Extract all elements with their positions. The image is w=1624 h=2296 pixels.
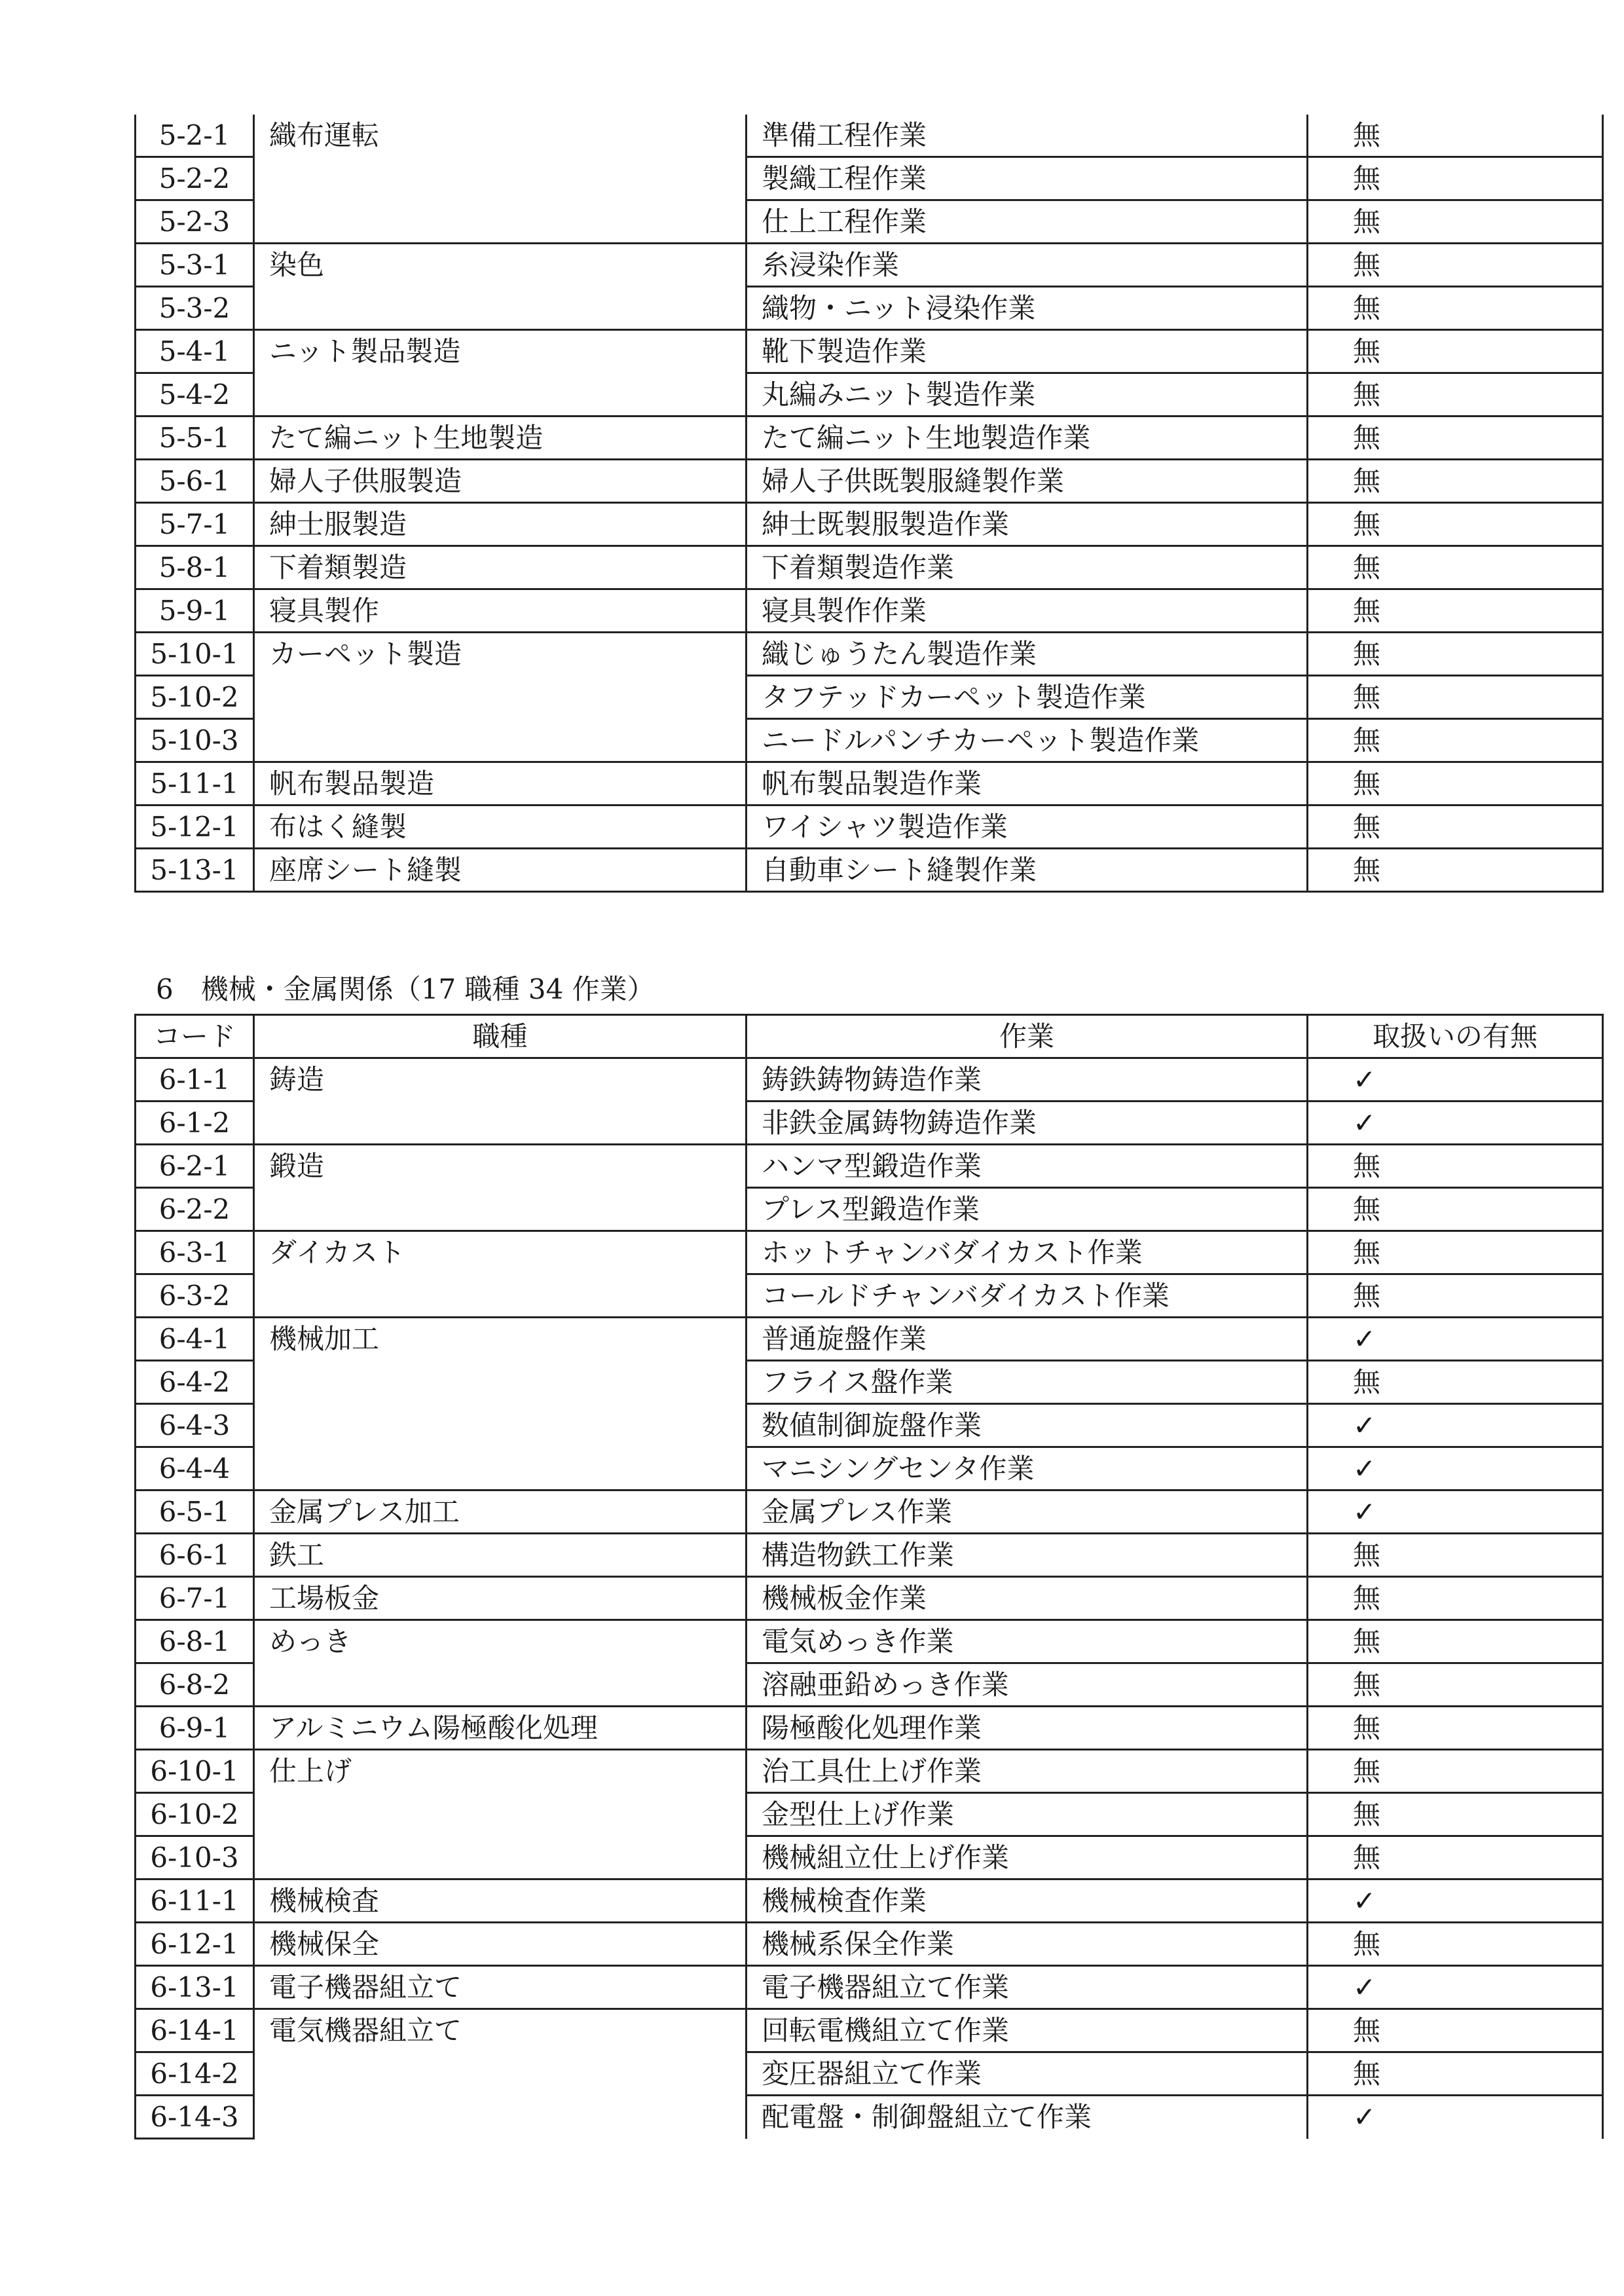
code-cell: 5-4-1 xyxy=(136,330,254,373)
job-type-cell xyxy=(254,287,747,330)
header-handling-flag: 取扱いの有無 xyxy=(1308,1015,1603,1058)
job-type-cell xyxy=(254,2096,747,2139)
code-cell: 6-9-1 xyxy=(136,1707,254,1750)
code-cell: 6-11-1 xyxy=(136,1879,254,1923)
handling-flag-cell: 無 xyxy=(1308,762,1603,805)
job-type-cell: 帆布製品製造 xyxy=(254,762,747,805)
table-row: 6-2-1鍛造ハンマ型鍛造作業無 xyxy=(136,1145,1603,1188)
task-cell: 変圧器組立て作業 xyxy=(747,2052,1308,2096)
code-cell: 5-3-2 xyxy=(136,287,254,330)
handling-flag-cell: 無 xyxy=(1308,1620,1603,1663)
job-type-cell: 紳士服製造 xyxy=(254,503,747,546)
table-row: 6-10-2金型仕上げ作業無 xyxy=(136,1793,1603,1836)
handling-flag-cell: 無 xyxy=(1308,417,1603,460)
job-type-cell: 機械保全 xyxy=(254,1923,747,1966)
code-cell: 6-14-1 xyxy=(136,2009,254,2052)
checkmark-icon: ✓ xyxy=(1308,2096,1603,2139)
table-row: 5-3-1染色糸浸染作業無 xyxy=(136,244,1603,287)
code-cell: 6-5-1 xyxy=(136,1491,254,1534)
handling-flag-cell: 無 xyxy=(1308,546,1603,589)
job-type-cell xyxy=(254,1793,747,1836)
task-cell: 丸編みニット製造作業 xyxy=(747,373,1308,417)
table-row: 6-10-3機械組立仕上げ作業無 xyxy=(136,1836,1603,1879)
handling-flag-cell: 無 xyxy=(1308,115,1603,157)
table-row: 6-14-3配電盤・制御盤組立て作業✓ xyxy=(136,2096,1603,2139)
code-cell: 5-2-3 xyxy=(136,200,254,244)
handling-flag-cell: 無 xyxy=(1308,1836,1603,1879)
code-cell: 5-6-1 xyxy=(136,460,254,503)
job-type-cell: 婦人子供服製造 xyxy=(254,460,747,503)
job-type-cell: 寝具製作 xyxy=(254,589,747,633)
header-job-type: 職種 xyxy=(254,1015,747,1058)
task-cell: ワイシャツ製造作業 xyxy=(747,805,1308,849)
job-type-cell xyxy=(254,1188,747,1231)
code-cell: 6-8-2 xyxy=(136,1663,254,1707)
checkmark-icon: ✓ xyxy=(1308,1879,1603,1923)
code-cell: 6-13-1 xyxy=(136,1966,254,2009)
handling-flag-cell: 無 xyxy=(1308,200,1603,244)
machinery-metal-trades-table: コード 職種 作業 取扱いの有無 6-1-1鋳造鋳鉄鋳物鋳造作業✓6-1-2非鉄… xyxy=(134,1014,1604,2139)
table-row: 6-1-2非鉄金属鋳物鋳造作業✓ xyxy=(136,1102,1603,1145)
task-cell: 陽極酸化処理作業 xyxy=(747,1707,1308,1750)
table-row: 5-7-1紳士服製造紳士既製服製造作業無 xyxy=(136,503,1603,546)
code-cell: 5-2-2 xyxy=(136,157,254,200)
job-type-cell: 座席シート縫製 xyxy=(254,849,747,892)
job-type-cell: 仕上げ xyxy=(254,1750,747,1793)
handling-flag-cell: 無 xyxy=(1308,1534,1603,1577)
table-row: 6-2-2プレス型鍛造作業無 xyxy=(136,1188,1603,1231)
handling-flag-cell: 無 xyxy=(1308,460,1603,503)
job-type-cell xyxy=(254,1447,747,1491)
task-cell: 普通旋盤作業 xyxy=(747,1318,1308,1361)
table-row: 5-4-2丸編みニット製造作業無 xyxy=(136,373,1603,417)
job-type-cell: 工場板金 xyxy=(254,1577,747,1620)
table-row: 6-7-1工場板金機械板金作業無 xyxy=(136,1577,1603,1620)
code-cell: 6-1-1 xyxy=(136,1058,254,1102)
table-row: 5-4-1ニット製品製造靴下製造作業無 xyxy=(136,330,1603,373)
task-cell: 下着類製造作業 xyxy=(747,546,1308,589)
table-row: 6-3-1ダイカストホットチャンバダイカスト作業無 xyxy=(136,1231,1603,1274)
code-cell: 6-4-3 xyxy=(136,1404,254,1447)
handling-flag-cell: 無 xyxy=(1308,1663,1603,1707)
task-cell: 構造物鉄工作業 xyxy=(747,1534,1308,1577)
job-type-cell xyxy=(254,373,747,417)
task-cell: 糸浸染作業 xyxy=(747,244,1308,287)
task-cell: 準備工程作業 xyxy=(747,115,1308,157)
code-cell: 6-10-2 xyxy=(136,1793,254,1836)
handling-flag-cell: 無 xyxy=(1308,373,1603,417)
handling-flag-cell: 無 xyxy=(1308,1923,1603,1966)
job-type-cell: ニット製品製造 xyxy=(254,330,747,373)
section-heading: 6 機械・金属関係（17 職種 34 作業） xyxy=(156,968,655,1007)
table-row: 5-13-1座席シート縫製自動車シート縫製作業無 xyxy=(136,849,1603,892)
code-cell: 5-9-1 xyxy=(136,589,254,633)
job-type-cell xyxy=(254,1836,747,1879)
task-cell: ハンマ型鍛造作業 xyxy=(747,1145,1308,1188)
code-cell: 6-1-2 xyxy=(136,1102,254,1145)
code-cell: 6-2-2 xyxy=(136,1188,254,1231)
table-row: 5-2-3仕上工程作業無 xyxy=(136,200,1603,244)
handling-flag-cell: 無 xyxy=(1308,849,1603,892)
job-type-cell: アルミニウム陽極酸化処理 xyxy=(254,1707,747,1750)
code-cell: 5-12-1 xyxy=(136,805,254,849)
job-type-cell xyxy=(254,200,747,244)
job-type-cell: 鉄工 xyxy=(254,1534,747,1577)
handling-flag-cell: 無 xyxy=(1308,1793,1603,1836)
task-cell: 織じゅうたん製造作業 xyxy=(747,633,1308,676)
handling-flag-cell: 無 xyxy=(1308,1707,1603,1750)
handling-flag-cell: 無 xyxy=(1308,719,1603,762)
table-row: 5-10-2タフテッドカーペット製造作業無 xyxy=(136,676,1603,719)
task-cell: 帆布製品製造作業 xyxy=(747,762,1308,805)
handling-flag-cell: 無 xyxy=(1308,330,1603,373)
table-row: 6-4-2フライス盤作業無 xyxy=(136,1361,1603,1404)
job-type-cell: 鍛造 xyxy=(254,1145,747,1188)
job-type-cell: 染色 xyxy=(254,244,747,287)
checkmark-icon: ✓ xyxy=(1308,1058,1603,1102)
task-cell: コールドチャンバダイカスト作業 xyxy=(747,1274,1308,1318)
task-cell: 配電盤・制御盤組立て作業 xyxy=(747,2096,1308,2139)
code-cell: 6-3-1 xyxy=(136,1231,254,1274)
task-cell: 電気めっき作業 xyxy=(747,1620,1308,1663)
table-row: 5-5-1たて編ニット生地製造たて編ニット生地製造作業無 xyxy=(136,417,1603,460)
task-cell: 溶融亜鉛めっき作業 xyxy=(747,1663,1308,1707)
table-row: 5-6-1婦人子供服製造婦人子供既製服縫製作業無 xyxy=(136,460,1603,503)
job-type-cell xyxy=(254,1404,747,1447)
task-cell: 治工具仕上げ作業 xyxy=(747,1750,1308,1793)
table-row: 5-2-1織布運転準備工程作業無 xyxy=(136,115,1603,157)
task-cell: ホットチャンバダイカスト作業 xyxy=(747,1231,1308,1274)
code-cell: 6-7-1 xyxy=(136,1577,254,1620)
checkmark-icon: ✓ xyxy=(1308,1102,1603,1145)
job-type-cell: 機械加工 xyxy=(254,1318,747,1361)
table-row: 5-10-1カーペット製造織じゅうたん製造作業無 xyxy=(136,633,1603,676)
handling-flag-cell: 無 xyxy=(1308,287,1603,330)
table-row: 5-10-3ニードルパンチカーペット製造作業無 xyxy=(136,719,1603,762)
job-type-cell: 織布運転 xyxy=(254,115,747,157)
table-row: 6-8-2溶融亜鉛めっき作業無 xyxy=(136,1663,1603,1707)
task-cell: 非鉄金属鋳物鋳造作業 xyxy=(747,1102,1308,1145)
handling-flag-cell: 無 xyxy=(1308,2009,1603,2052)
table-row: 5-12-1布はく縫製ワイシャツ製造作業無 xyxy=(136,805,1603,849)
code-cell: 5-10-2 xyxy=(136,676,254,719)
task-cell: 機械板金作業 xyxy=(747,1577,1308,1620)
handling-flag-cell: 無 xyxy=(1308,676,1603,719)
task-cell: フライス盤作業 xyxy=(747,1361,1308,1404)
job-type-cell xyxy=(254,157,747,200)
code-cell: 6-14-3 xyxy=(136,2096,254,2139)
task-cell: 機械系保全作業 xyxy=(747,1923,1308,1966)
table-row: 6-4-1機械加工普通旋盤作業✓ xyxy=(136,1318,1603,1361)
task-cell: 回転電機組立て作業 xyxy=(747,2009,1308,2052)
code-cell: 6-4-2 xyxy=(136,1361,254,1404)
job-type-cell: 鋳造 xyxy=(254,1058,747,1102)
job-type-cell: 下着類製造 xyxy=(254,546,747,589)
task-cell: ニードルパンチカーペット製造作業 xyxy=(747,719,1308,762)
job-type-cell xyxy=(254,1361,747,1404)
table-row: 6-6-1鉄工構造物鉄工作業無 xyxy=(136,1534,1603,1577)
task-cell: たて編ニット生地製造作業 xyxy=(747,417,1308,460)
checkmark-icon: ✓ xyxy=(1308,1404,1603,1447)
job-type-cell: ダイカスト xyxy=(254,1231,747,1274)
table-row: 6-4-4マニシングセンタ作業✓ xyxy=(136,1447,1603,1491)
code-cell: 5-11-1 xyxy=(136,762,254,805)
handling-flag-cell: 無 xyxy=(1308,503,1603,546)
task-cell: 自動車シート縫製作業 xyxy=(747,849,1308,892)
code-cell: 6-2-1 xyxy=(136,1145,254,1188)
table-row: 6-13-1電子機器組立て電子機器組立て作業✓ xyxy=(136,1966,1603,2009)
task-cell: 織物・ニット浸染作業 xyxy=(747,287,1308,330)
code-cell: 6-14-2 xyxy=(136,2052,254,2096)
handling-flag-cell: 無 xyxy=(1308,589,1603,633)
table-row: 6-11-1機械検査機械検査作業✓ xyxy=(136,1879,1603,1923)
code-cell: 5-10-1 xyxy=(136,633,254,676)
job-type-cell: たて編ニット生地製造 xyxy=(254,417,747,460)
code-cell: 6-12-1 xyxy=(136,1923,254,1966)
job-type-cell xyxy=(254,1663,747,1707)
handling-flag-cell: 無 xyxy=(1308,633,1603,676)
job-type-cell: 電気機器組立て xyxy=(254,2009,747,2052)
handling-flag-cell: 無 xyxy=(1308,1274,1603,1318)
handling-flag-cell: 無 xyxy=(1308,1231,1603,1274)
textile-trades-table: 5-2-1織布運転準備工程作業無5-2-2製織工程作業無5-2-3仕上工程作業無… xyxy=(134,115,1604,893)
checkmark-icon: ✓ xyxy=(1308,1491,1603,1534)
table-row: 6-14-2変圧器組立て作業無 xyxy=(136,2052,1603,2096)
task-cell: プレス型鍛造作業 xyxy=(747,1188,1308,1231)
handling-flag-cell: 無 xyxy=(1308,805,1603,849)
code-cell: 6-6-1 xyxy=(136,1534,254,1577)
table-row: 6-5-1金属プレス加工金属プレス作業✓ xyxy=(136,1491,1603,1534)
task-cell: 電子機器組立て作業 xyxy=(747,1966,1308,2009)
handling-flag-cell: 無 xyxy=(1308,1750,1603,1793)
job-type-cell: 金属プレス加工 xyxy=(254,1491,747,1534)
task-cell: 数値制御旋盤作業 xyxy=(747,1404,1308,1447)
table-row: 6-10-1仕上げ治工具仕上げ作業無 xyxy=(136,1750,1603,1793)
handling-flag-cell: 無 xyxy=(1308,1361,1603,1404)
code-cell: 5-10-3 xyxy=(136,719,254,762)
job-type-cell xyxy=(254,1274,747,1318)
checkmark-icon: ✓ xyxy=(1308,1318,1603,1361)
handling-flag-cell: 無 xyxy=(1308,1145,1603,1188)
checkmark-icon: ✓ xyxy=(1308,1966,1603,2009)
task-cell: 鋳鉄鋳物鋳造作業 xyxy=(747,1058,1308,1102)
task-cell: 仕上工程作業 xyxy=(747,200,1308,244)
job-type-cell: カーペット製造 xyxy=(254,633,747,676)
code-cell: 6-10-3 xyxy=(136,1836,254,1879)
textile-trades-body: 5-2-1織布運転準備工程作業無5-2-2製織工程作業無5-2-3仕上工程作業無… xyxy=(136,115,1603,892)
handling-flag-cell: 無 xyxy=(1308,157,1603,200)
machinery-metal-trades-body: 6-1-1鋳造鋳鉄鋳物鋳造作業✓6-1-2非鉄金属鋳物鋳造作業✓6-2-1鍛造ハ… xyxy=(136,1058,1603,2139)
checkmark-icon: ✓ xyxy=(1308,1447,1603,1491)
task-cell: 靴下製造作業 xyxy=(747,330,1308,373)
code-cell: 5-3-1 xyxy=(136,244,254,287)
code-cell: 5-2-1 xyxy=(136,115,254,157)
handling-flag-cell: 無 xyxy=(1308,1188,1603,1231)
task-cell: 機械組立仕上げ作業 xyxy=(747,1836,1308,1879)
task-cell: 婦人子供既製服縫製作業 xyxy=(747,460,1308,503)
job-type-cell: 電子機器組立て xyxy=(254,1966,747,2009)
header-task: 作業 xyxy=(747,1015,1308,1058)
table-row: 6-14-1電気機器組立て回転電機組立て作業無 xyxy=(136,2009,1603,2052)
table-row: 6-1-1鋳造鋳鉄鋳物鋳造作業✓ xyxy=(136,1058,1603,1102)
table-row: 5-9-1寝具製作寝具製作作業無 xyxy=(136,589,1603,633)
code-cell: 6-4-4 xyxy=(136,1447,254,1491)
job-type-cell xyxy=(254,676,747,719)
job-type-cell: めっき xyxy=(254,1620,747,1663)
task-cell: 紳士既製服製造作業 xyxy=(747,503,1308,546)
header-code: コード xyxy=(136,1015,254,1058)
handling-flag-cell: 無 xyxy=(1308,1577,1603,1620)
code-cell: 5-8-1 xyxy=(136,546,254,589)
job-type-cell xyxy=(254,719,747,762)
job-type-cell: 布はく縫製 xyxy=(254,805,747,849)
handling-flag-cell: 無 xyxy=(1308,244,1603,287)
job-type-cell: 機械検査 xyxy=(254,1879,747,1923)
table-row: 5-11-1帆布製品製造帆布製品製造作業無 xyxy=(136,762,1603,805)
document-page: 5-2-1織布運転準備工程作業無5-2-2製織工程作業無5-2-3仕上工程作業無… xyxy=(0,0,1624,2296)
code-cell: 5-5-1 xyxy=(136,417,254,460)
table-row: 6-8-1めっき電気めっき作業無 xyxy=(136,1620,1603,1663)
task-cell: タフテッドカーペット製造作業 xyxy=(747,676,1308,719)
code-cell: 6-4-1 xyxy=(136,1318,254,1361)
task-cell: 金型仕上げ作業 xyxy=(747,1793,1308,1836)
table-row: 5-2-2製織工程作業無 xyxy=(136,157,1603,200)
task-cell: 金属プレス作業 xyxy=(747,1491,1308,1534)
job-type-cell xyxy=(254,2052,747,2096)
table-row: 5-3-2織物・ニット浸染作業無 xyxy=(136,287,1603,330)
handling-flag-cell: 無 xyxy=(1308,2052,1603,2096)
task-cell: 製織工程作業 xyxy=(747,157,1308,200)
code-cell: 6-3-2 xyxy=(136,1274,254,1318)
task-cell: マニシングセンタ作業 xyxy=(747,1447,1308,1491)
code-cell: 5-13-1 xyxy=(136,849,254,892)
table-row: 6-4-3数値制御旋盤作業✓ xyxy=(136,1404,1603,1447)
task-cell: 寝具製作作業 xyxy=(747,589,1308,633)
code-cell: 5-7-1 xyxy=(136,503,254,546)
job-type-cell xyxy=(254,1102,747,1145)
task-cell: 機械検査作業 xyxy=(747,1879,1308,1923)
table-row: 5-8-1下着類製造下着類製造作業無 xyxy=(136,546,1603,589)
table-row: 6-12-1機械保全機械系保全作業無 xyxy=(136,1923,1603,1966)
table-row: 6-3-2コールドチャンバダイカスト作業無 xyxy=(136,1274,1603,1318)
table-header-row: コード 職種 作業 取扱いの有無 xyxy=(136,1015,1603,1058)
code-cell: 5-4-2 xyxy=(136,373,254,417)
code-cell: 6-10-1 xyxy=(136,1750,254,1793)
table-row: 6-9-1アルミニウム陽極酸化処理陽極酸化処理作業無 xyxy=(136,1707,1603,1750)
code-cell: 6-8-1 xyxy=(136,1620,254,1663)
